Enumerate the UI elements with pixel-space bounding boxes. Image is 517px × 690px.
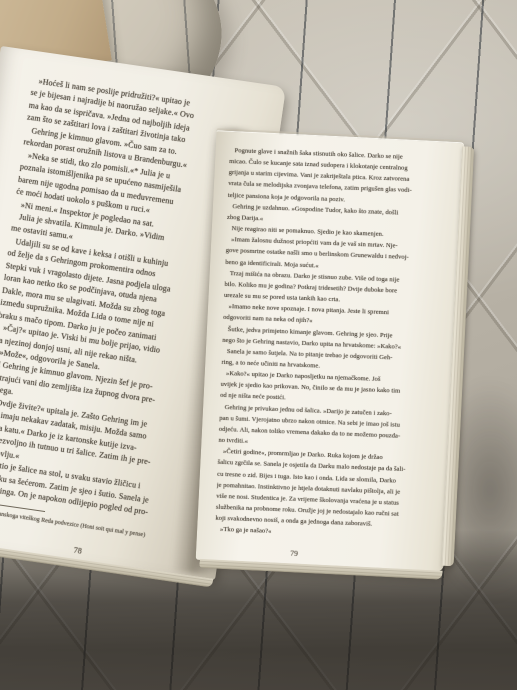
photo-scene: »Hoćeš li nam se poslije pridružiti?« up…	[0, 0, 517, 690]
right-page-body: Pognute glave i snažnih šaka stisnutih o…	[215, 145, 446, 543]
right-page: Pognute glave i snažnih šaka stisnutih o…	[196, 130, 465, 572]
right-page-text: Pognute glave i snažnih šaka stisnutih o…	[214, 145, 446, 565]
